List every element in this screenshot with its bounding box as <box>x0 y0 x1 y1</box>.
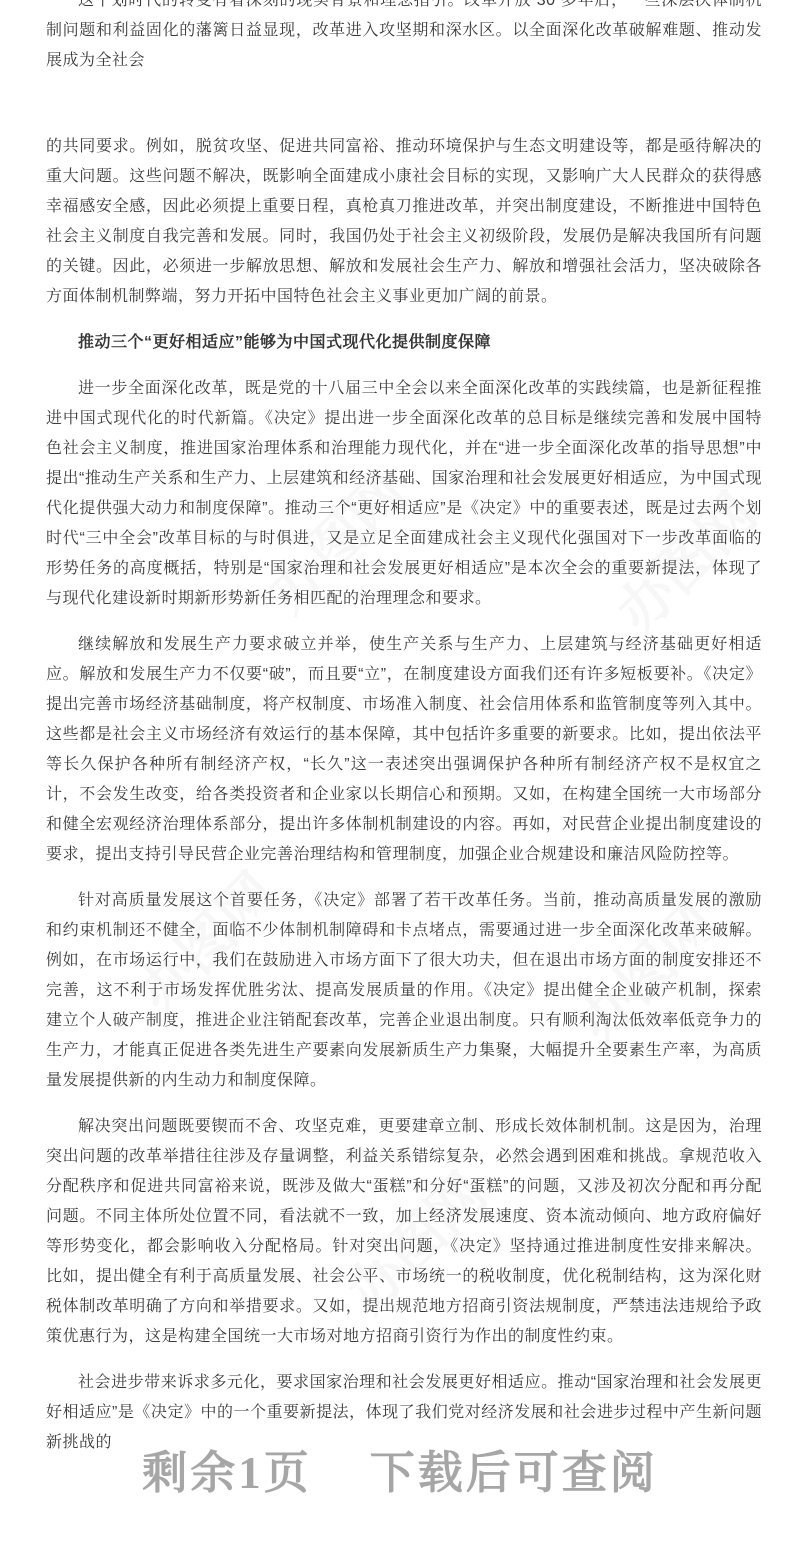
paragraph-further-deepening-reform: 进一步全面深化改革，既是党的十八届三中全会以来全面深化改革的实践续篇，也是新征程… <box>46 374 762 614</box>
section-heading-three-adaptations: 推动三个“更好相适应”能够为中国式现代化提供制度保障 <box>46 328 762 358</box>
remaining-pages-count: 剩余1页 <box>142 1436 312 1501</box>
paragraph-reform-background: 这个划时代的转变有着深刻的现实背景和理念指引。改革开放 30 多年后，一些深层次… <box>46 0 762 76</box>
remaining-pages-note: 剩余1页 下载后可查阅 <box>0 1436 800 1501</box>
paragraph-solve-prominent-problems: 解决突出问题既要锲而不舍、攻坚克难，更要建章立制、形成长效体制机制。这是因为，治… <box>46 1112 762 1352</box>
document-preview-page: 办图网 办图网 办图网 办图网 办图网 这个划时代的转变有着深刻的现实背景和理念… <box>0 0 800 1547</box>
download-to-view-hint: 下载后可查阅 <box>370 1436 658 1501</box>
paragraph-common-demand: 的共同要求。例如，脱贫攻坚、促进共同富裕、推动环境保护与生态文明建设等，都是亟待… <box>46 132 762 312</box>
paragraph-liberate-productive-forces: 继续解放和发展生产力要求破立并举，使生产关系与生产力、上层建筑与经济基础更好相适… <box>46 630 762 870</box>
paragraph-high-quality-development: 针对高质量发展这个首要任务，《决定》部署了若干改革任务。当前，推动高质量发展的激… <box>46 886 762 1096</box>
